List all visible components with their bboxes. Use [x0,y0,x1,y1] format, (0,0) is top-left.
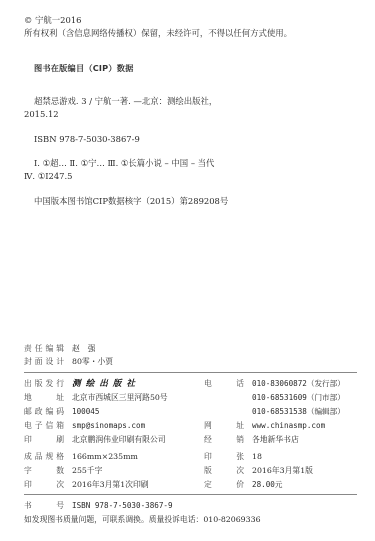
colophon-value: 28.00元 [252,480,282,489]
colophon-label: 出版发行 [24,378,64,389]
colophon-label: 印 张 [204,451,244,462]
colophon-row: 成品规格166mm×235mm [24,451,138,462]
colophon-value: 255千字 [72,466,102,475]
colophon-row: 版 次2016年3月第1版 [204,465,313,476]
cover-design-row: 封面设计80零・小贾 [24,356,113,367]
quality-notice: 如发现图书质量问题，可联系调换。质量投诉电话：010-82069336 [24,514,261,525]
colophon-row: 电子信箱smp@sinomaps.com [24,420,145,431]
editor-value: 赵 强 [72,344,95,353]
colophon-row: 经 销各地新华书店 [204,434,299,445]
colophon-row: 电 话010-83060872（发行部） [204,378,345,389]
cip-entry-line2: 2015.12 [24,108,59,120]
isbn-value: ISBN 978-7-5030-3867-9 [72,501,173,510]
cip-title: 图书在版编目（CIP）数据 [34,63,134,74]
publisher-logo: 测绘出版社 [72,379,140,389]
colophon-row: 印 张18 [204,451,262,462]
bottom-divider [24,494,357,495]
cover-design-value: 80零・小贾 [72,357,113,366]
colophon-value: 010-83060872（发行部） [252,379,345,388]
colophon-value: 100045 [72,407,99,416]
isbn-label: 书 号 [24,500,64,511]
colophon-value: 各地新华书店 [252,435,299,444]
colophon-row: 定 价28.00元 [204,479,282,490]
colophon-value: 166mm×235mm [72,452,138,461]
cip-number: 中国版本图书馆CIP数据核字（2015）第289208号 [34,195,228,207]
colophon-row: 网 址www.chinasmp.com [204,420,325,431]
colophon-row: 邮政编码100045 [24,406,99,417]
colophon-row: 字 数255千字 [24,465,102,476]
colophon-label: 电 话 [204,378,244,389]
colophon-value: 北京市西城区三里河路50号 [72,393,168,402]
colophon-value: 010-68531609（门市部） [252,393,345,402]
colophon-label: 电子信箱 [24,420,64,431]
cip-entry-line1: 超禁忌游戏. 3 / 宁航一著. —北京：测绘出版社， [34,95,217,107]
cip-class-line1: Ⅰ. ①超… Ⅱ. ①宁… Ⅲ. ①长篇小说 – 中国 – 当代 [34,157,214,169]
colophon-label: 印 刷 [24,434,64,445]
colophon-label: 定 价 [204,479,244,490]
colophon-label: 成品规格 [24,451,64,462]
colophon-label: 经 销 [204,434,244,445]
colophon-label: 印 次 [24,479,64,490]
colophon-row: 010-68531538（编辑部） [204,406,345,417]
colophon-value: smp@sinomaps.com [72,421,145,430]
cip-isbn: ISBN 978-7-5030-3867-9 [34,133,140,145]
copyright-line: © 宁航一2016 [24,14,81,26]
colophon-label: 网 址 [204,420,244,431]
colophon-row: 010-68531609（门市部） [204,392,345,403]
cip-class-line2: Ⅳ. ①I247.5 [24,170,72,182]
colophon-value: 2016年3月第1版 [252,466,313,475]
isbn-row: 书 号ISBN 978-7-5030-3867-9 [24,500,173,511]
colophon-value: 18 [252,452,262,461]
colophon-row: 印 次2016年3月第1次印刷 [24,479,149,490]
cover-design-label: 封面设计 [24,356,64,367]
rights-statement: 所有权利（含信息网络传播权）保留，未经许可，不得以任何方式使用。 [24,27,292,39]
colophon-value: 北京鹏润伟业印刷有限公司 [72,435,166,444]
colophon-label: 版 次 [204,465,244,476]
colophon-row: 出版发行测绘出版社 [24,378,140,390]
colophon-value: www.chinasmp.com [252,421,325,430]
colophon-label: 地 址 [24,392,64,403]
colophon-value: 2016年3月第1次印刷 [72,480,149,489]
editor-label: 责任编辑 [24,343,64,354]
colophon-value: 010-68531538（编辑部） [252,407,345,416]
top-divider [24,372,357,373]
colophon-row: 地 址北京市西城区三里河路50号 [24,392,168,403]
colophon-label: 字 数 [24,465,64,476]
editor-row: 责任编辑赵 强 [24,343,95,354]
colophon-label: 邮政编码 [24,406,64,417]
colophon-row: 印 刷北京鹏润伟业印刷有限公司 [24,434,166,445]
